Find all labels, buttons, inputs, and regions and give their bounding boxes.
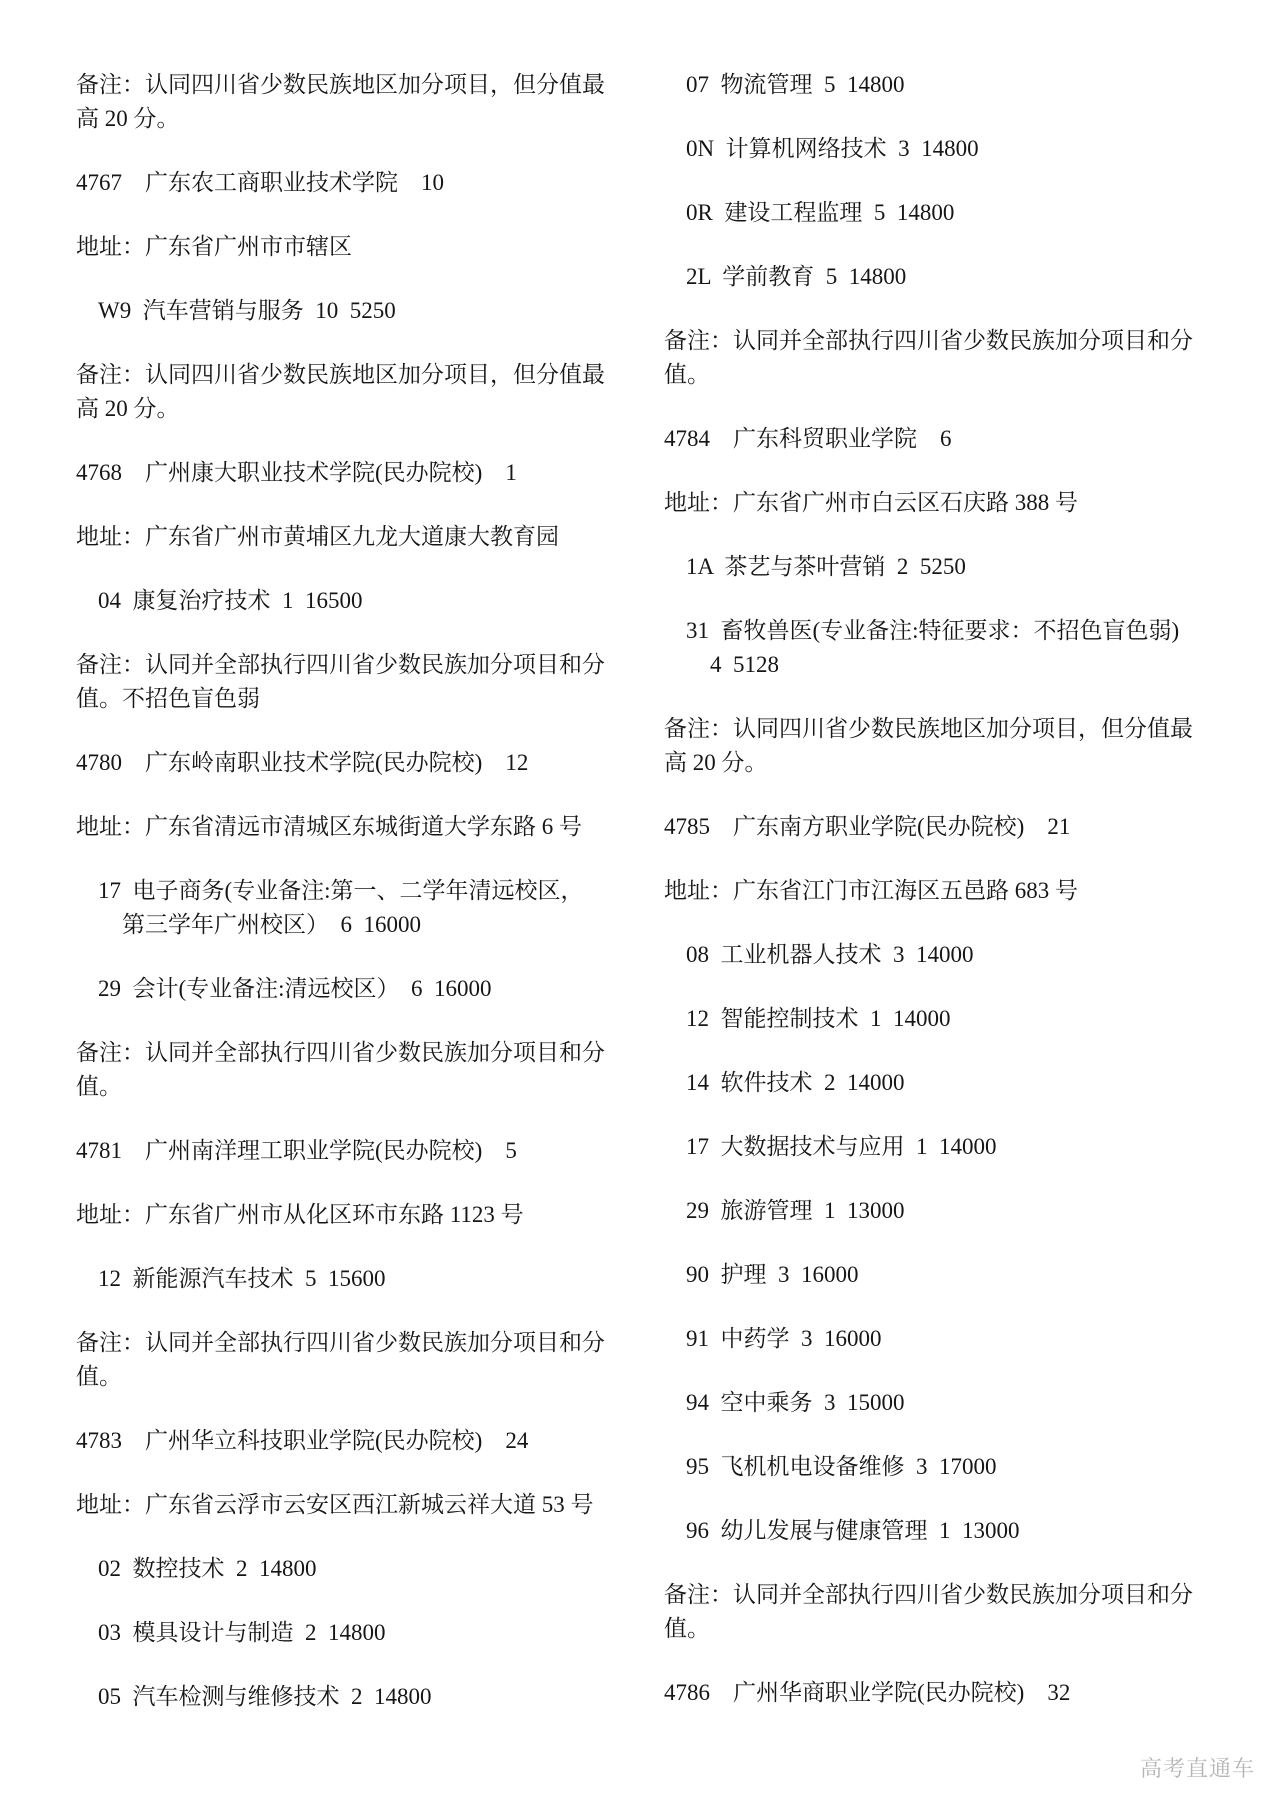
major-row: 90 护理 3 16000 — [664, 1258, 1244, 1292]
remark-note: 备注：认同并全部执行四川省少数民族加分项目和分值。 — [664, 324, 1244, 392]
text-line: 备注：认同四川省少数民族地区加分项目，但分值最 — [664, 712, 1244, 746]
text-line: W9 汽车营销与服务 10 5250 — [98, 294, 646, 328]
remark-note: 备注：认同并全部执行四川省少数民族加分项目和分值。不招色盲色弱 — [76, 648, 646, 716]
text-line: 4780 广东岭南职业技术学院(民办院校) 12 — [76, 746, 646, 780]
text-line: 4767 广东农工商职业技术学院 10 — [76, 166, 646, 200]
text-line: 1A 茶艺与茶叶营销 2 5250 — [686, 550, 1244, 584]
school-entry: 4784 广东科贸职业学院 6 — [664, 422, 1244, 456]
school-address: 地址：广东省广州市从化区环市东路 1123 号 — [76, 1198, 646, 1232]
text-line: 03 模具设计与制造 2 14800 — [98, 1616, 646, 1650]
text-line: 95 飞机机电设备维修 3 17000 — [686, 1450, 1244, 1484]
text-line: 高 20 分。 — [664, 746, 1244, 780]
text-line: 12 智能控制技术 1 14000 — [686, 1002, 1244, 1036]
major-row: 29 会计(专业备注:清远校区） 6 16000 — [76, 972, 646, 1006]
text-line: 91 中药学 3 16000 — [686, 1322, 1244, 1356]
major-row: 94 空中乘务 3 15000 — [664, 1386, 1244, 1420]
text-line: 29 旅游管理 1 13000 — [686, 1194, 1244, 1228]
text-line: 4786 广州华商职业学院(民办院校) 32 — [664, 1676, 1244, 1710]
major-row: 17 电子商务(专业备注:第一、二学年清远校区，第三学年广州校区） 6 1600… — [76, 874, 646, 942]
watermark: 高考直通车 — [1140, 1752, 1255, 1786]
remark-note: 备注：认同四川省少数民族地区加分项目，但分值最高 20 分。 — [664, 712, 1244, 780]
major-row: 05 汽车检测与维修技术 2 14800 — [76, 1680, 646, 1714]
major-row: 95 飞机机电设备维修 3 17000 — [664, 1450, 1244, 1484]
major-row: 0R 建设工程监理 5 14800 — [664, 196, 1244, 230]
text-line: 备注：认同并全部执行四川省少数民族加分项目和分 — [76, 1036, 646, 1070]
remark-note: 备注：认同四川省少数民族地区加分项目，但分值最高 20 分。 — [76, 358, 646, 426]
major-row: 17 大数据技术与应用 1 14000 — [664, 1130, 1244, 1164]
text-line: 17 电子商务(专业备注:第一、二学年清远校区， — [98, 874, 646, 908]
text-line: 4784 广东科贸职业学院 6 — [664, 422, 1244, 456]
text-line: 备注：认同并全部执行四川省少数民族加分项目和分 — [664, 1578, 1244, 1612]
text-line: 96 幼儿发展与健康管理 1 13000 — [686, 1514, 1244, 1548]
text-line: 地址：广东省广州市白云区石庆路 388 号 — [664, 486, 1244, 520]
remark-note: 备注：认同并全部执行四川省少数民族加分项目和分值。 — [76, 1036, 646, 1104]
text-line: 备注：认同并全部执行四川省少数民族加分项目和分 — [76, 1326, 646, 1360]
document-page: 备注：认同四川省少数民族地区加分项目，但分值最高 20 分。4767 广东农工商… — [0, 0, 1280, 1810]
major-row: 29 旅游管理 1 13000 — [664, 1194, 1244, 1228]
text-line: 12 新能源汽车技术 5 15600 — [98, 1262, 646, 1296]
text-line: 04 康复治疗技术 1 16500 — [98, 584, 646, 618]
remark-note: 备注：认同四川省少数民族地区加分项目，但分值最高 20 分。 — [76, 68, 646, 136]
major-row: 04 康复治疗技术 1 16500 — [76, 584, 646, 618]
major-row: 08 工业机器人技术 3 14000 — [664, 938, 1244, 972]
school-entry: 4781 广州南洋理工职业学院(民办院校) 5 — [76, 1134, 646, 1168]
text-line: 地址：广东省江门市江海区五邑路 683 号 — [664, 874, 1244, 908]
text-line: 4 5128 — [710, 648, 1244, 682]
school-entry: 4780 广东岭南职业技术学院(民办院校) 12 — [76, 746, 646, 780]
text-line: 4781 广州南洋理工职业学院(民办院校) 5 — [76, 1134, 646, 1168]
text-line: 备注：认同并全部执行四川省少数民族加分项目和分 — [664, 324, 1244, 358]
text-line: 29 会计(专业备注:清远校区） 6 16000 — [98, 972, 646, 1006]
school-entry: 4786 广州华商职业学院(民办院校) 32 — [664, 1676, 1244, 1710]
column-right: 07 物流管理 5 148000N 计算机网络技术 3 148000R 建设工程… — [664, 68, 1244, 1710]
major-row: 12 智能控制技术 1 14000 — [664, 1002, 1244, 1036]
text-line: 90 护理 3 16000 — [686, 1258, 1244, 1292]
text-line: 2L 学前教育 5 14800 — [686, 260, 1244, 294]
text-line: 备注：认同并全部执行四川省少数民族加分项目和分 — [76, 648, 646, 682]
school-entry: 4767 广东农工商职业技术学院 10 — [76, 166, 646, 200]
text-line: 02 数控技术 2 14800 — [98, 1552, 646, 1586]
text-line: 31 畜牧兽医(专业备注:特征要求：不招色盲色弱) — [686, 614, 1244, 648]
school-entry: 4768 广州康大职业技术学院(民办院校) 1 — [76, 456, 646, 490]
text-line: 地址：广东省清远市清城区东城街道大学东路 6 号 — [76, 810, 646, 844]
text-line: 0R 建设工程监理 5 14800 — [686, 196, 1244, 230]
school-address: 地址：广东省广州市白云区石庆路 388 号 — [664, 486, 1244, 520]
school-address: 地址：广东省清远市清城区东城街道大学东路 6 号 — [76, 810, 646, 844]
text-line: 05 汽车检测与维修技术 2 14800 — [98, 1680, 646, 1714]
major-row: 0N 计算机网络技术 3 14800 — [664, 132, 1244, 166]
text-line: 4785 广东南方职业学院(民办院校) 21 — [664, 810, 1244, 844]
text-line: 第三学年广州校区） 6 16000 — [122, 908, 646, 942]
school-address: 地址：广东省广州市黄埔区九龙大道康大教育园 — [76, 520, 646, 554]
text-line: 值。 — [76, 1360, 646, 1394]
text-line: 值。不招色盲色弱 — [76, 682, 646, 716]
text-line: 高 20 分。 — [76, 102, 646, 136]
text-line: 4783 广州华立科技职业学院(民办院校) 24 — [76, 1424, 646, 1458]
text-line: 地址：广东省广州市市辖区 — [76, 230, 646, 264]
school-entry: 4783 广州华立科技职业学院(民办院校) 24 — [76, 1424, 646, 1458]
text-line: 0N 计算机网络技术 3 14800 — [686, 132, 1244, 166]
major-row: 91 中药学 3 16000 — [664, 1322, 1244, 1356]
major-row: 12 新能源汽车技术 5 15600 — [76, 1262, 646, 1296]
major-row: 02 数控技术 2 14800 — [76, 1552, 646, 1586]
school-address: 地址：广东省广州市市辖区 — [76, 230, 646, 264]
text-line: 07 物流管理 5 14800 — [686, 68, 1244, 102]
text-line: 地址：广东省广州市黄埔区九龙大道康大教育园 — [76, 520, 646, 554]
major-row: 31 畜牧兽医(专业备注:特征要求：不招色盲色弱)4 5128 — [664, 614, 1244, 682]
text-line: 备注：认同四川省少数民族地区加分项目，但分值最 — [76, 358, 646, 392]
column-left: 备注：认同四川省少数民族地区加分项目，但分值最高 20 分。4767 广东农工商… — [76, 68, 646, 1714]
text-line: 08 工业机器人技术 3 14000 — [686, 938, 1244, 972]
major-row: 96 幼儿发展与健康管理 1 13000 — [664, 1514, 1244, 1548]
major-row: 14 软件技术 2 14000 — [664, 1066, 1244, 1100]
major-row: 07 物流管理 5 14800 — [664, 68, 1244, 102]
major-row: 03 模具设计与制造 2 14800 — [76, 1616, 646, 1650]
major-row: 1A 茶艺与茶叶营销 2 5250 — [664, 550, 1244, 584]
school-address: 地址：广东省江门市江海区五邑路 683 号 — [664, 874, 1244, 908]
remark-note: 备注：认同并全部执行四川省少数民族加分项目和分值。 — [76, 1326, 646, 1394]
text-line: 17 大数据技术与应用 1 14000 — [686, 1130, 1244, 1164]
text-line: 14 软件技术 2 14000 — [686, 1066, 1244, 1100]
major-row: 2L 学前教育 5 14800 — [664, 260, 1244, 294]
major-row: W9 汽车营销与服务 10 5250 — [76, 294, 646, 328]
text-line: 4768 广州康大职业技术学院(民办院校) 1 — [76, 456, 646, 490]
text-line: 94 空中乘务 3 15000 — [686, 1386, 1244, 1420]
text-line: 值。 — [664, 358, 1244, 392]
text-line: 值。 — [76, 1070, 646, 1104]
school-address: 地址：广东省云浮市云安区西江新城云祥大道 53 号 — [76, 1488, 646, 1522]
text-line: 地址：广东省云浮市云安区西江新城云祥大道 53 号 — [76, 1488, 646, 1522]
school-entry: 4785 广东南方职业学院(民办院校) 21 — [664, 810, 1244, 844]
text-line: 值。 — [664, 1612, 1244, 1646]
text-line: 地址：广东省广州市从化区环市东路 1123 号 — [76, 1198, 646, 1232]
text-line: 备注：认同四川省少数民族地区加分项目，但分值最 — [76, 68, 646, 102]
remark-note: 备注：认同并全部执行四川省少数民族加分项目和分值。 — [664, 1578, 1244, 1646]
text-line: 高 20 分。 — [76, 392, 646, 426]
